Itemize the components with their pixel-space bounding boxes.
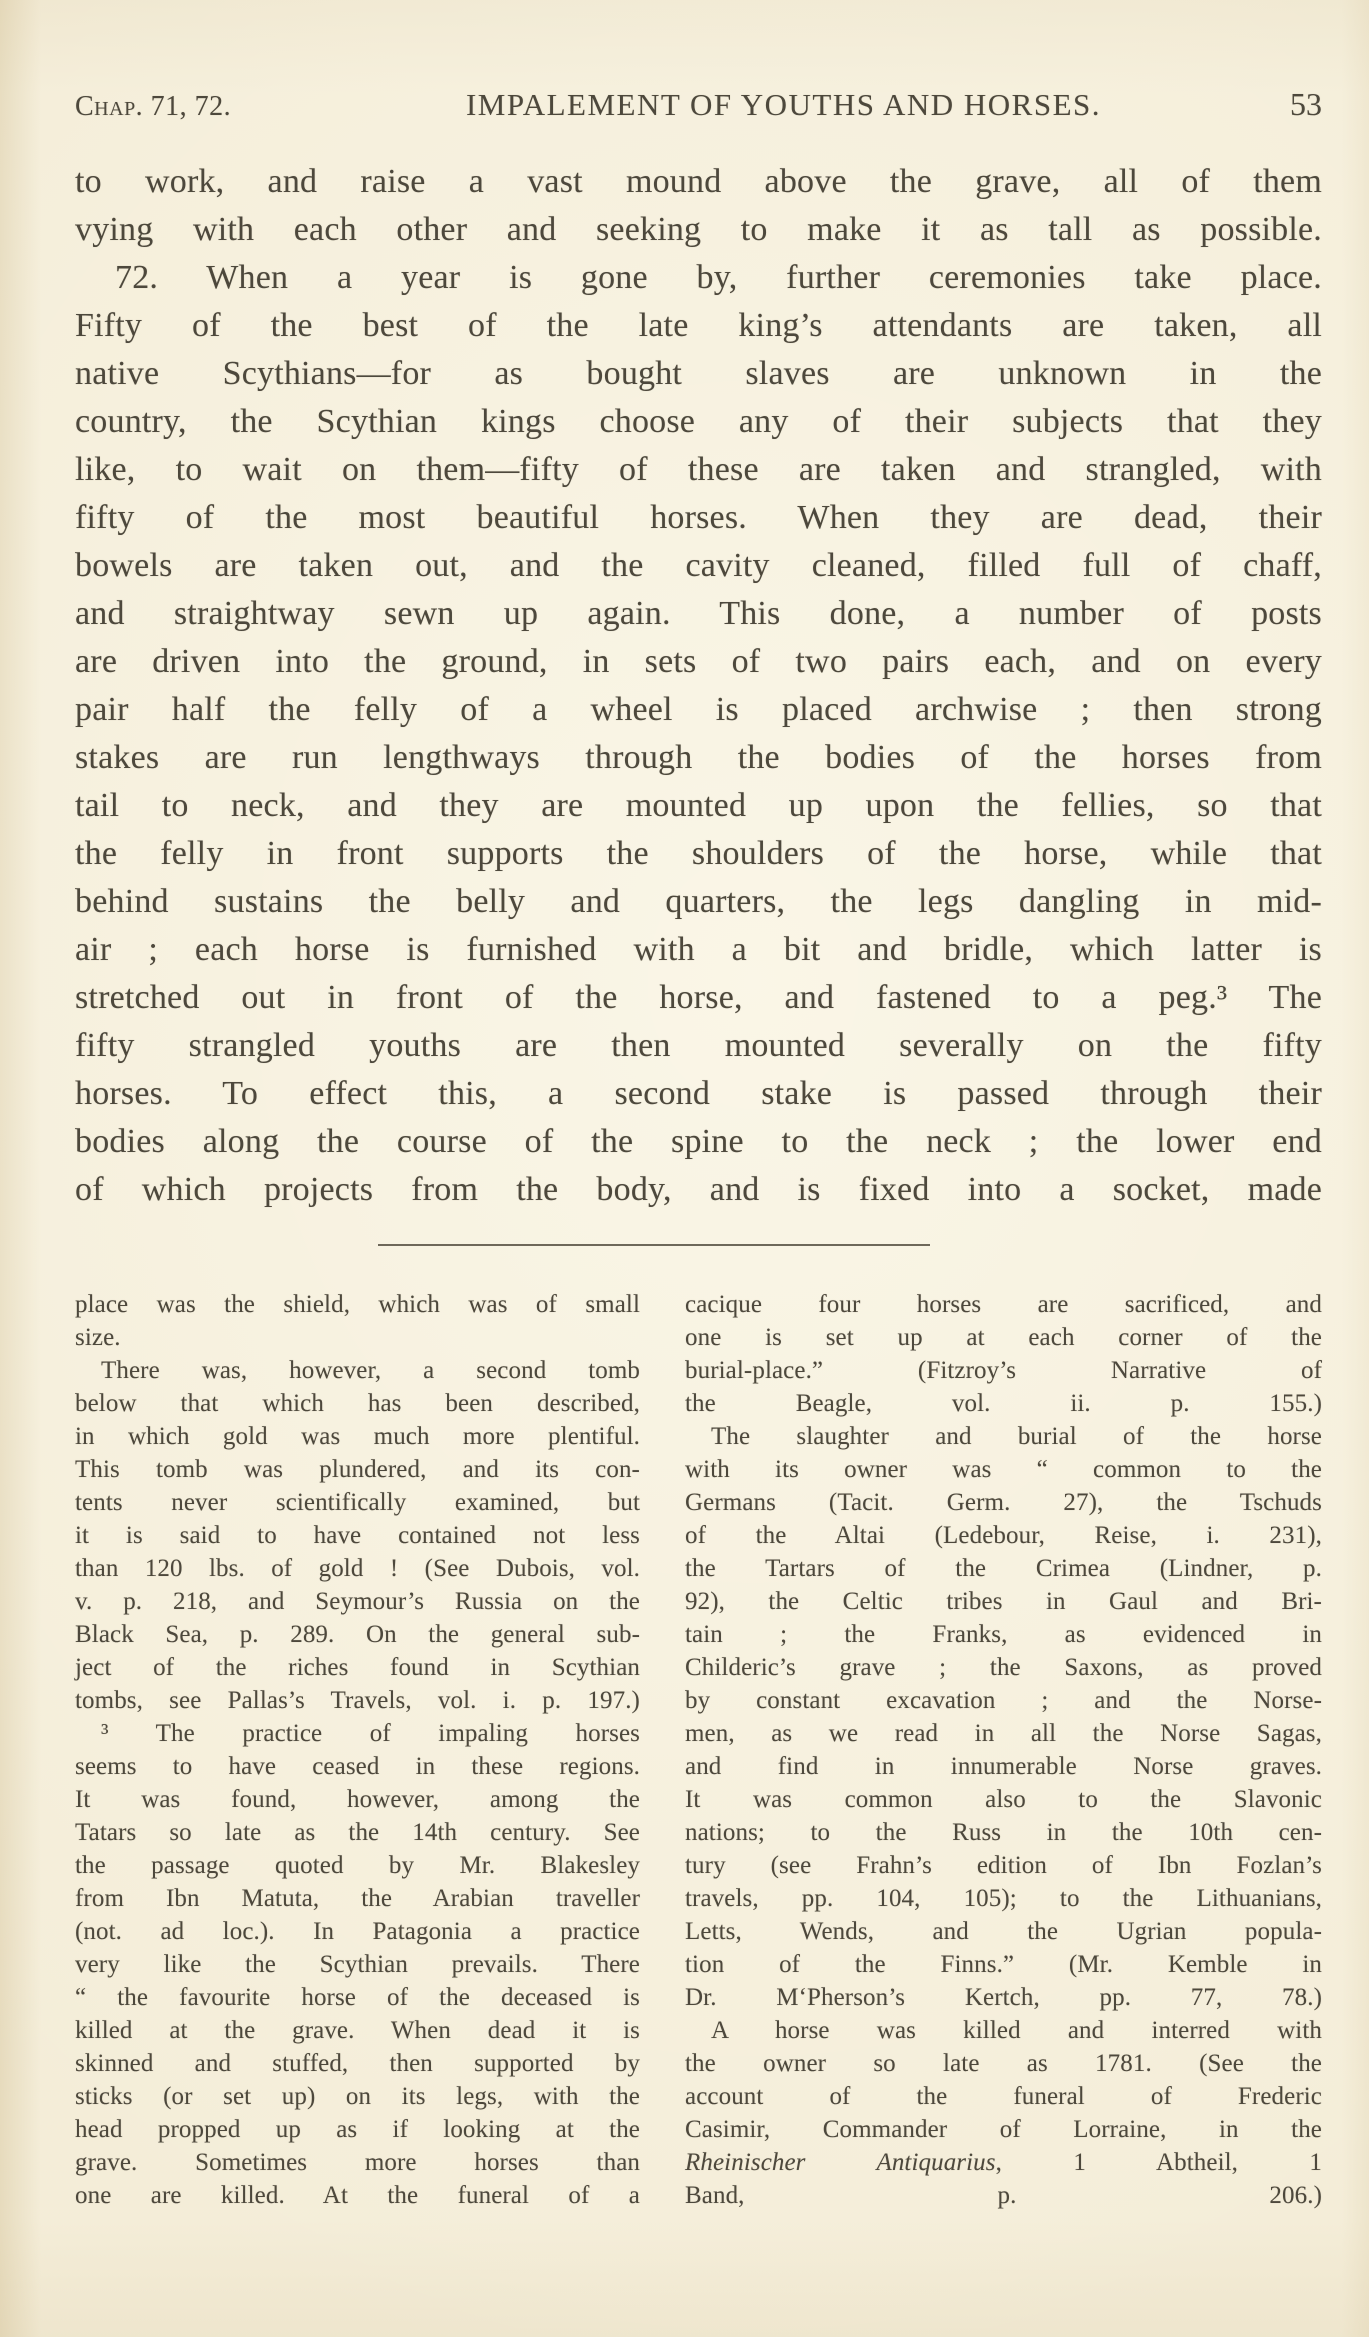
text-line: Black Sea, p. 289. On the general sub- — [75, 1618, 640, 1651]
text-line: The slaughter and burial of the horse — [685, 1420, 1322, 1453]
text-line: It was common also to the Slavonic — [685, 1783, 1322, 1816]
text-line: stretched out in front of the horse, and… — [75, 974, 1322, 1022]
scanned-book-page: { "colors": { "paper": "#f4edd8", "ink":… — [0, 0, 1369, 2337]
footnote-separator-rule — [378, 1244, 930, 1246]
italic-text: Rheinischer Antiquarius — [685, 2149, 996, 2176]
text-line: ject of the riches found in Scythian — [75, 1651, 640, 1684]
text-line: tail to neck, and they are mounted up up… — [75, 782, 1322, 830]
text-line: Casimir, Commander of Lorraine, in the — [685, 2113, 1322, 2146]
text-line: behind sustains the belly and quarters, … — [75, 878, 1322, 926]
text-line: Letts, Wends, and the Ugrian popula- — [685, 1915, 1322, 1948]
footnotes-section: place was the shield, which was of small… — [75, 1288, 1322, 2212]
text-line: stakes are run lengthways through the bo… — [75, 734, 1322, 782]
text-line: tents never scientifically examined, but — [75, 1486, 640, 1519]
text-line: air ; each horse is furnished with a bit… — [75, 926, 1322, 974]
text-line: by constant excavation ; and the Norse- — [685, 1684, 1322, 1717]
text-line: Germans (Tacit. Germ. 27), the Tschuds — [685, 1486, 1322, 1519]
footnote-right-column: cacique four horses are sacrificed, ando… — [685, 1288, 1322, 2212]
text-line: horses. To effect this, a second stake i… — [75, 1070, 1322, 1118]
text-line: head propped up as if looking at the — [75, 2113, 640, 2146]
text-line: pair half the felly of a wheel is placed… — [75, 686, 1322, 734]
text-line: than 120 lbs. of gold ! (See Dubois, vol… — [75, 1552, 640, 1585]
text-line: it is said to have contained not less — [75, 1519, 640, 1552]
text-line: killed at the grave. When dead it is — [75, 2014, 640, 2047]
plain-text: , 1 Abtheil, 1 — [996, 2149, 1322, 2176]
text-line: skinned and stuffed, then supported by — [75, 2047, 640, 2080]
footnote-left-column: place was the shield, which was of small… — [75, 1288, 640, 2212]
text-line: the felly in front supports the shoulder… — [75, 830, 1322, 878]
text-line: nations; to the Russ in the 10th cen- — [685, 1816, 1322, 1849]
text-line: vying with each other and seeking to mak… — [75, 206, 1322, 254]
text-line: (not. ad loc.). In Patagonia a practice — [75, 1915, 640, 1948]
text-line: to work, and raise a vast mound above th… — [75, 158, 1322, 206]
text-line: native Scythians—for as bought slaves ar… — [75, 350, 1322, 398]
text-line: seems to have ceased in these regions. — [75, 1750, 640, 1783]
text-line: country, the Scythian kings choose any o… — [75, 398, 1322, 446]
text-line: This tomb was plundered, and its con- — [75, 1453, 640, 1486]
text-line: are driven into the ground, in sets of t… — [75, 638, 1322, 686]
text-line: account of the funeral of Frederic — [685, 2080, 1322, 2113]
text-line: A horse was killed and interred with — [685, 2014, 1322, 2047]
text-line: “ the favourite horse of the deceased is — [75, 1981, 640, 2014]
text-line: of which projects from the body, and is … — [75, 1166, 1322, 1214]
text-line: very like the Scythian prevails. There — [75, 1948, 640, 1981]
text-line: one are killed. At the funeral of a — [75, 2179, 640, 2212]
text-line: the Beagle, vol. ii. p. 155.) — [685, 1387, 1322, 1420]
text-line: the passage quoted by Mr. Blakesley — [75, 1849, 640, 1882]
page-number: 53 — [1237, 86, 1322, 123]
text-line: cacique four horses are sacrificed, and — [685, 1288, 1322, 1321]
text-line: fifty strangled youths are then mounted … — [75, 1022, 1322, 1070]
chapter-label: Chap. 71, 72. — [75, 91, 330, 123]
text-line: Tatars so late as the 14th century. See — [75, 1816, 640, 1849]
page-header: Chap. 71, 72. IMPALEMENT OF YOUTHS AND H… — [75, 86, 1322, 126]
text-line: of the Altai (Ledebour, Reise, i. 231), — [685, 1519, 1322, 1552]
text-line: bowels are taken out, and the cavity cle… — [75, 542, 1322, 590]
text-line: place was the shield, which was of small — [75, 1288, 640, 1321]
text-line: in which gold was much more plentiful. — [75, 1420, 640, 1453]
text-line: size. — [75, 1321, 640, 1354]
text-line: tain ; the Franks, as evidenced in — [685, 1618, 1322, 1651]
text-line: Dr. M‘Pherson’s Kertch, pp. 77, 78.) — [685, 1981, 1322, 2014]
text-line: burial-place.” (Fitzroy’s Narrative of — [685, 1354, 1322, 1387]
text-line: ³ The practice of impaling horses — [75, 1717, 640, 1750]
text-line: 72. When a year is gone by, further cere… — [75, 254, 1322, 302]
text-line: and straightway sewn up again. This done… — [75, 590, 1322, 638]
text-line: from Ibn Matuta, the Arabian traveller — [75, 1882, 640, 1915]
text-line: There was, however, a second tomb — [75, 1354, 640, 1387]
body-text: to work, and raise a vast mound above th… — [75, 158, 1322, 1214]
text-line: one is set up at each corner of the — [685, 1321, 1322, 1354]
text-line: with its owner was “ common to the — [685, 1453, 1322, 1486]
text-line: 92), the Celtic tribes in Gaul and Bri- — [685, 1585, 1322, 1618]
text-line: and find in innumerable Norse graves. — [685, 1750, 1322, 1783]
running-title: IMPALEMENT OF YOUTHS AND HORSES. — [330, 87, 1237, 123]
text-line: bodies along the course of the spine to … — [75, 1118, 1322, 1166]
text-line: the owner so late as 1781. (See the — [685, 2047, 1322, 2080]
text-line: Band, p. 206.) — [685, 2179, 1322, 2212]
book-page: Chap. 71, 72. IMPALEMENT OF YOUTHS AND H… — [0, 0, 1369, 2212]
text-line: fifty of the most beautiful horses. When… — [75, 494, 1322, 542]
text-line: men, as we read in all the Norse Sagas, — [685, 1717, 1322, 1750]
text-line: Fifty of the best of the late king’s att… — [75, 302, 1322, 350]
text-line: grave. Sometimes more horses than — [75, 2146, 640, 2179]
text-line: below that which has been described, — [75, 1387, 640, 1420]
text-line: travels, pp. 104, 105); to the Lithuania… — [685, 1882, 1322, 1915]
text-line: the Tartars of the Crimea (Lindner, p. — [685, 1552, 1322, 1585]
text-line: tury (see Frahn’s edition of Ibn Fozlan’… — [685, 1849, 1322, 1882]
text-line: Rheinischer Antiquarius, 1 Abtheil, 1 — [685, 2146, 1322, 2179]
text-line: tombs, see Pallas’s Travels, vol. i. p. … — [75, 1684, 640, 1717]
text-line: tion of the Finns.” (Mr. Kemble in — [685, 1948, 1322, 1981]
text-line: Childeric’s grave ; the Saxons, as prove… — [685, 1651, 1322, 1684]
text-line: sticks (or set up) on its legs, with the — [75, 2080, 640, 2113]
text-line: like, to wait on them—fifty of these are… — [75, 446, 1322, 494]
text-line: It was found, however, among the — [75, 1783, 640, 1816]
text-line: v. p. 218, and Seymour’s Russia on the — [75, 1585, 640, 1618]
